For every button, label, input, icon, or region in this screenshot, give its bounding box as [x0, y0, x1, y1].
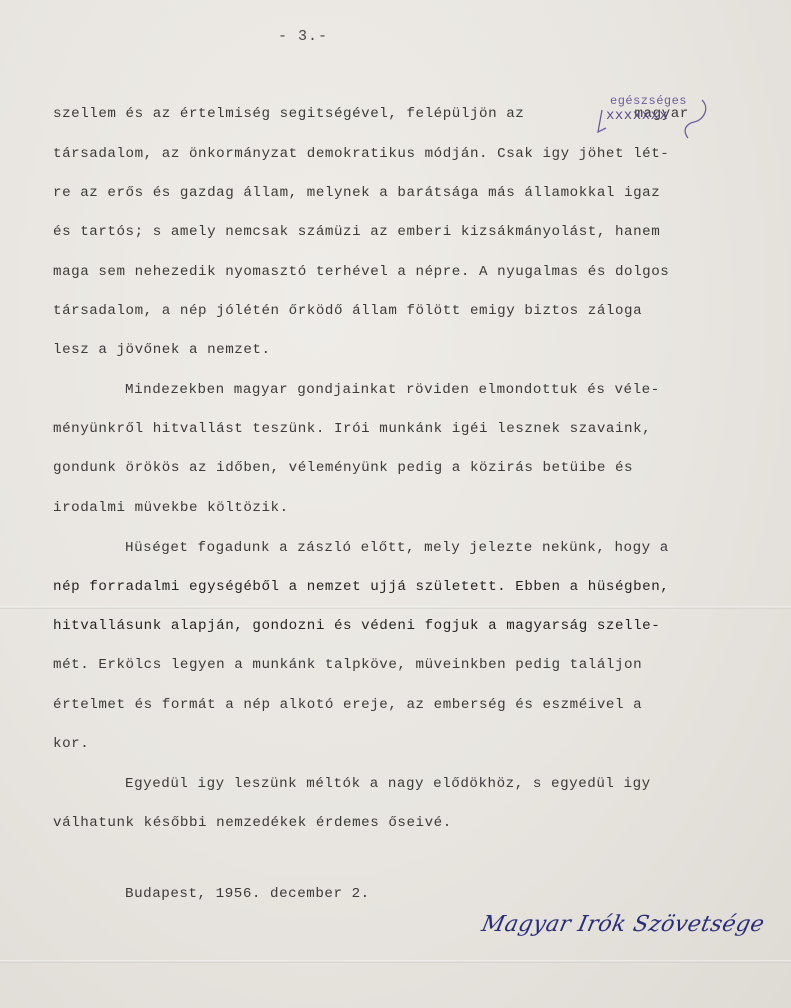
text-line: társadalom, a nép jólétén őrködő állam f… [53, 303, 642, 319]
text-line: nép forradalmi egységéből a nemzet ujjá … [53, 579, 669, 595]
text-line: re az erős és gazdag állam, melynek a ba… [53, 185, 660, 201]
document-page: - 3.- szellem és az értelmiség segitségé… [0, 0, 791, 1008]
text-line: Hüséget fogadunk a zászló előtt, mely je… [125, 540, 669, 556]
text-line: irodalmi müvekbe költözik. [53, 500, 289, 516]
text-line: Egyedül igy leszünk méltók a nagy elődök… [125, 776, 651, 792]
page-number: - 3.- [278, 28, 328, 45]
struck-word: xxxxxxx [606, 108, 668, 124]
text-line: értelmet és formát a nép alkotó ereje, a… [53, 697, 642, 713]
text-line: társadalom, az önkormányzat demokratikus… [53, 146, 669, 162]
paper-fold-line [0, 606, 791, 609]
text-line: és tartós; s amely nemcsak számüzi az em… [53, 224, 660, 240]
text-line: gondunk örökös az időben, véleményünk pe… [53, 460, 633, 476]
handwritten-signature: Magyar Irók Szövetsége [479, 912, 766, 937]
place-date: Budapest, 1956. december 2. [125, 886, 370, 902]
text-line: lesz a jövőnek a nemzet. [53, 342, 271, 358]
text-line: hitvallásunk alapján, gondozni és védeni… [53, 618, 660, 634]
text-line: ményünkről hitvallást teszünk. Irói munk… [53, 421, 651, 437]
text-line: kor. [53, 736, 89, 752]
inserted-word: egészséges [610, 94, 687, 108]
paper-fold-line [0, 960, 791, 963]
text-line: Mindezekben magyar gondjainkat röviden e… [125, 382, 660, 398]
text-line: válhatunk későbbi nemzedékek érdemes őse… [53, 815, 452, 831]
handwritten-correction: egészséges xxxxxxx [596, 98, 706, 138]
text-line: mét. Erkölcs legyen a munkánk talpköve, … [53, 657, 642, 673]
text-line: maga sem nehezedik nyomasztó terhével a … [53, 264, 669, 280]
text-line: szellem és az értelmiség segitségével, f… [53, 106, 689, 122]
